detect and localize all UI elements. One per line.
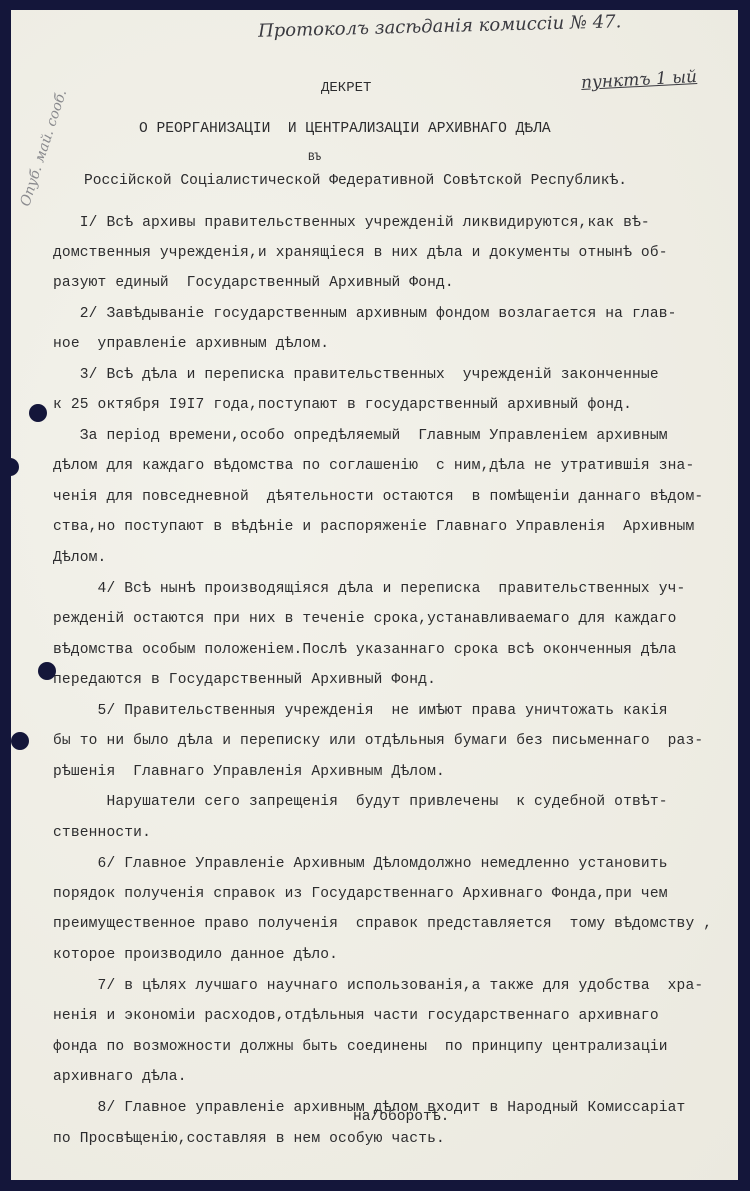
body-text-line: 3/ Всѣ дѣла и переписка правительственны… [53, 367, 659, 383]
body-text-line: преимущественное право полученія справок… [53, 916, 712, 932]
body-text-line: За період времени,особо опредѣляемый Гла… [53, 428, 668, 444]
punch-hole [29, 404, 47, 422]
handwritten-item-note: пунктъ 1 ый [581, 67, 698, 93]
body-text-line: по Просвѣщенію,составляя в нем особую ча… [53, 1131, 445, 1147]
document-page: Протоколъ засѣданія комиссіи № 47. пункт… [11, 10, 738, 1180]
body-text-line: 2/ Завѣдываніе государственным архивным … [53, 306, 677, 322]
body-text-line: дѣлом для каждаго вѣдомства по соглашені… [53, 458, 694, 474]
body-text-line: режденій остаются при них в теченіе срок… [53, 611, 677, 627]
decree-title: ДЕКРЕТ [321, 80, 371, 96]
handwritten-margin-note: Опуб. май. сооб. [17, 88, 70, 209]
body-text-line: бы то ни было дѣла и переписку или отдѣл… [53, 733, 703, 749]
body-text-line: разуют единый Государственный Архивный Ф… [53, 275, 454, 291]
body-text-line: домственныя учрежденія,и хранящіеся в ни… [53, 245, 668, 261]
page-turn-note: на/оборотѣ. [353, 1109, 449, 1125]
body-text-line: 6/ Главное Управленіе Архивным Дѣломдолж… [53, 856, 668, 872]
body-text-line: к 25 октября I9I7 года,поступают в госуд… [53, 397, 632, 413]
body-text-line: порядок полученія справок из Государстве… [53, 886, 668, 902]
body-text-line: Нарушатели сего запрещенія будут привлеч… [53, 794, 668, 810]
body-text-line: I/ Всѣ архивы правительственных учрежден… [53, 215, 650, 231]
body-text-line: фонда по возможности должны быть соедине… [53, 1039, 668, 1055]
body-text-line: которое производило данное дѣло. [53, 947, 338, 963]
decree-subtitle: О РЕОРГАНИЗАЦІИ И ЦЕНТРАЛИЗАЦІИ АРХИВНАГ… [139, 121, 551, 137]
body-text-line: 5/ Правительственныя учрежденія не имѣют… [53, 703, 668, 719]
body-text-line: ства,но поступают в вѣдѣніе и распоряжен… [53, 519, 694, 535]
body-text-line: рѣшенія Главнаго Управленія Архивным Дѣл… [53, 764, 445, 780]
body-text-line: Дѣлом. [53, 550, 106, 566]
punch-hole [1, 458, 19, 476]
body-text-line: ченія для повседневной дѣятельности оста… [53, 489, 703, 505]
decree-subtitle-preposition: ВЪ [308, 152, 321, 164]
body-text-line: передаются в Государственный Архивный Фо… [53, 672, 436, 688]
body-text-line: ственности. [53, 825, 151, 841]
body-text-line: ное управленіе архивным дѣлом. [53, 336, 329, 352]
decree-subtitle-republic: Россійской Соціалистической Федеративной… [84, 173, 627, 189]
punch-hole [38, 662, 56, 680]
body-text-line: вѣдомства особым положеніем.Послѣ указан… [53, 642, 677, 658]
body-text-line: 7/ в цѣлях лучшаго научнаго использовані… [53, 978, 703, 994]
handwritten-header-note: Протоколъ засѣданія комиссіи № 47. [258, 11, 622, 42]
body-text-line: 4/ Всѣ нынѣ производящіяся дѣла и перепи… [53, 581, 685, 597]
punch-hole [11, 732, 29, 750]
body-text-line: архивнаго дѣла. [53, 1069, 187, 1085]
body-text-line: ненія и экономіи расходов,отдѣльныя част… [53, 1008, 659, 1024]
